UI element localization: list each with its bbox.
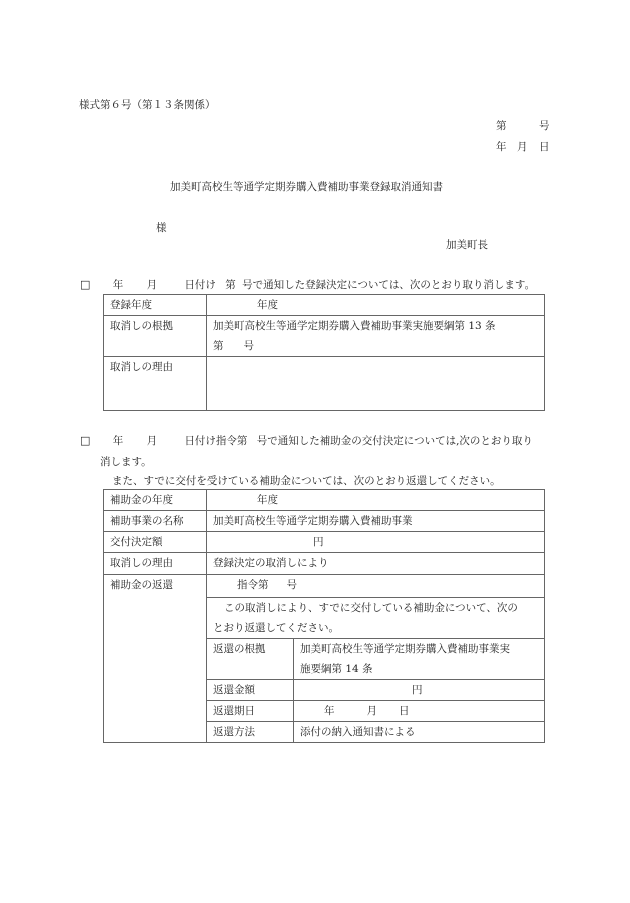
date-day: 日	[539, 139, 550, 154]
article-suffix: 号	[244, 340, 255, 352]
subsidy-cancel-table: 補助金の年度 年度 補助事業の名称 加美町高校生等通学定期券購入費補助事業 交付…	[103, 489, 545, 743]
refund-basis-line1: 加美町高校生等通学定期券購入費補助事業実	[300, 639, 538, 659]
row-value: 加美町高校生等通学定期券購入費補助事業	[207, 511, 545, 532]
table-row: 交付決定額 円	[104, 532, 545, 553]
date-month: 月	[517, 139, 528, 154]
due-year: 年	[324, 705, 335, 717]
refund-label: 返還の根拠	[207, 639, 294, 680]
refund-due-date: 年月日	[294, 701, 545, 722]
refund-label: 返還方法	[207, 722, 294, 743]
row-value: 年度	[207, 295, 545, 316]
row-label: 登録年度	[104, 295, 207, 316]
section1-checkbox[interactable]: □	[80, 278, 90, 291]
order-prefix: 指令第	[237, 579, 269, 591]
refund-note-line2: とおり返還してください。	[213, 618, 538, 638]
document-number-suffix: 号	[539, 118, 550, 133]
row-value: 円	[207, 532, 545, 553]
section2-date-suffix: 日付け指令第	[184, 435, 247, 447]
section2-text: 号で通知した補助金の交付決定については,次のとおり取り	[257, 435, 533, 447]
section2-refund-instruction: また、すでに交付を受けている補助金については、次のとおり返還してください。	[112, 473, 501, 488]
refund-method: 添付の納入通知書による	[294, 722, 545, 743]
section2-line: □ 年 月 日付け指令第 号で通知した補助金の交付決定については,次のとおり取り	[80, 433, 533, 448]
cancel-basis-text: 加美町高校生等通学定期券購入費補助事業実施要綱第 13 条	[213, 316, 538, 336]
row-value: 加美町高校生等通学定期券購入費補助事業実施要綱第 13 条 第号	[207, 316, 545, 357]
section2-year: 年	[113, 435, 124, 447]
due-day: 日	[399, 705, 410, 717]
refund-basis-line2: 施要綱第 14 条	[300, 659, 538, 679]
issuer: 加美町長	[446, 237, 488, 252]
section1-no-prefix: 第	[225, 279, 236, 291]
table-row: 取消しの根拠 加美町高校生等通学定期券購入費補助事業実施要綱第 13 条 第号	[104, 316, 545, 357]
row-label: 補助金の年度	[104, 490, 207, 511]
section2-month: 月	[147, 435, 158, 447]
section1-date-suffix: 日付け	[184, 279, 216, 291]
document-title: 加美町高校生等通学定期券購入費補助事業登録取消通知書	[170, 179, 443, 194]
section1-month: 月	[147, 279, 158, 291]
section1-year: 年	[113, 279, 124, 291]
table-row: 補助金の年度 年度	[104, 490, 545, 511]
refund-note-line1: この取消しにより、すでに交付している補助金について、次の	[213, 598, 538, 618]
section2-text-cont: 消します。	[100, 454, 152, 469]
row-label: 取消しの根拠	[104, 316, 207, 357]
row-value: 年度	[207, 490, 545, 511]
form-number: 様式第６号（第１３条関係）	[79, 97, 216, 112]
row-label: 補助金の返還	[104, 575, 207, 743]
row-value: 指令第号	[207, 575, 545, 598]
table-row: 取消しの理由	[104, 357, 545, 411]
row-value: 登録決定の取消しにより	[207, 553, 545, 575]
section1-text: 号で通知した登録決定については、次のとおり取り消します。	[242, 279, 535, 291]
registration-cancel-table: 登録年度 年度 取消しの根拠 加美町高校生等通学定期券購入費補助事業実施要綱第 …	[103, 294, 545, 411]
section2-checkbox[interactable]: □	[80, 434, 90, 447]
date-year: 年	[496, 139, 507, 154]
table-row: 取消しの理由 登録決定の取消しにより	[104, 553, 545, 575]
refund-note: この取消しにより、すでに交付している補助金について、次の とおり返還してください…	[207, 598, 545, 639]
document-number-prefix: 第	[496, 118, 507, 133]
article-prefix: 第	[213, 340, 224, 352]
refund-label: 返還金額	[207, 680, 294, 701]
addressee-suffix: 様	[156, 220, 167, 235]
refund-value: 加美町高校生等通学定期券購入費補助事業実 施要綱第 14 条	[294, 639, 545, 680]
row-label: 補助事業の名称	[104, 511, 207, 532]
row-label: 取消しの理由	[104, 357, 207, 411]
cancel-basis-article: 第号	[213, 336, 538, 356]
refund-amount: 円	[294, 680, 545, 701]
table-row: 登録年度 年度	[104, 295, 545, 316]
order-suffix: 号	[287, 579, 298, 591]
section1-line: □ 年 月 日付け 第 号で通知した登録決定については、次のとおり取り消します。	[80, 277, 535, 292]
row-label: 取消しの理由	[104, 553, 207, 575]
table-row: 補助金の返還 指令第号	[104, 575, 545, 598]
refund-label: 返還期日	[207, 701, 294, 722]
row-label: 交付決定額	[104, 532, 207, 553]
due-month: 月	[367, 705, 378, 717]
cancel-reason-field[interactable]	[207, 357, 545, 411]
table-row: 補助事業の名称 加美町高校生等通学定期券購入費補助事業	[104, 511, 545, 532]
